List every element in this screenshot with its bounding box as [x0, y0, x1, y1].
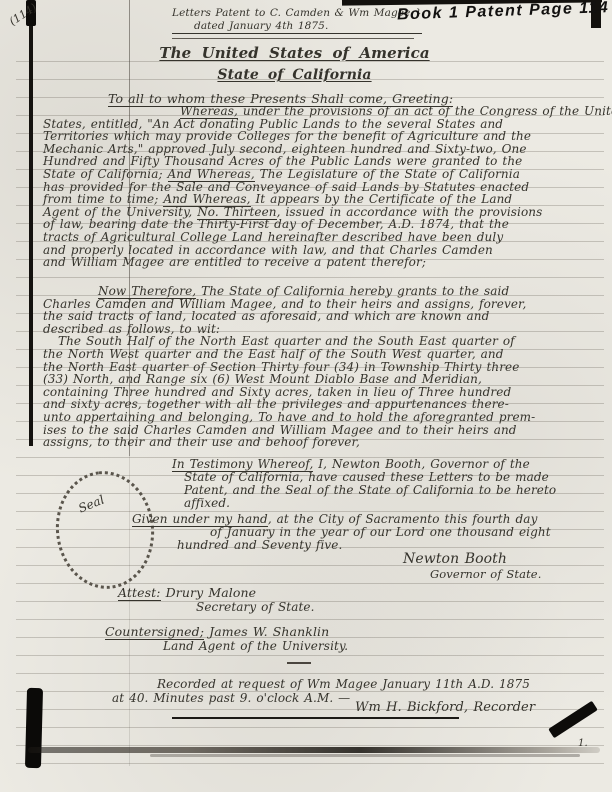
paragraph-whereas: Whereas, under the provisions of an act … [43, 105, 591, 269]
countersigned-line: Countersigned; James W. Shanklin [105, 624, 329, 639]
countersigned-label: Countersigned; [105, 624, 204, 640]
document-titles: The United States of America State of Ca… [42, 44, 547, 83]
attest-line: Attest: Drury Malone [118, 585, 256, 600]
handwritten-line: assigns, to their and their use and beho… [43, 436, 591, 449]
governor-signature: Newton Booth [403, 551, 507, 567]
section-divider [287, 662, 311, 664]
title-united-states: The United States of America [42, 44, 547, 62]
handwritten-line: Now Therefore, The State of California h… [43, 285, 591, 298]
handwritten-line: In Testimony Whereof, I, Newton Booth, G… [172, 458, 592, 471]
scan-smudge-bottom [28, 747, 600, 753]
recorder-signature: Wm H. Bickford, Recorder [355, 700, 535, 715]
attest-title: Secretary of State. [196, 600, 315, 614]
footer-number: 1. [578, 738, 588, 749]
testimony-clause: In Testimony Whereof, I, Newton Booth, G… [172, 458, 592, 510]
handwritten-line: unto appertaining and belonging, To have… [43, 411, 591, 424]
scan-edge-bar-left [29, 0, 33, 446]
governor-title: Governor of State. [430, 567, 541, 581]
handwritten-line: (33) North, and Range six (6) West Mount… [43, 373, 591, 386]
recorded-line2: at 40. Minutes past 9. o'clock A.M. — [112, 691, 350, 705]
handwritten-line: affixed. [172, 497, 592, 510]
handwritten-line: the said tracts of land, located as afor… [43, 310, 591, 323]
title-state-california: State of California [42, 67, 547, 83]
attest-name: Drury Malone [161, 585, 257, 600]
countersigned-name: James W. Shanklin [204, 624, 329, 639]
attest-label: Attest: [118, 585, 161, 601]
header-rule [172, 38, 414, 39]
handwritten-line: hundred and Seventy five. [132, 539, 592, 552]
recorded-underline [172, 717, 459, 719]
header-note-line2: dated January 4th 1875. [172, 20, 422, 34]
handwritten-line: the North West quarter and the East half… [43, 348, 591, 361]
handwritten-line: tracts of Agricultural College Land here… [43, 231, 591, 244]
scan-blob-bottom-left [25, 688, 43, 768]
handwritten-line: and William Magee are entitled to receiv… [43, 256, 591, 269]
paragraph-grant-description: Now Therefore, The State of California h… [43, 285, 591, 449]
recorded-line1: Recorded at request of Wm Magee January … [157, 677, 530, 691]
header-note-line1: Letters Patent to C. Camden & Wm Magee } [172, 7, 422, 20]
header-note: Letters Patent to C. Camden & Wm Magee }… [172, 7, 422, 34]
scan-smudge-bottom-2 [150, 754, 580, 757]
handwritten-line: Whereas, under the provisions of an act … [43, 105, 591, 118]
given-under-hand-clause: Given under my hand, at the City of Sacr… [132, 513, 592, 552]
handwritten-line: Territories which may provide Colleges f… [43, 130, 591, 143]
countersigned-title: Land Agent of the University. [163, 639, 348, 653]
handwritten-line: State of California; And Whereas, The Le… [43, 168, 591, 181]
handwritten-line: from time to time; And Whereas, It appea… [43, 193, 591, 206]
scan-mark-bottom-right [548, 701, 598, 739]
handwritten-line: Patent, and the Seal of the State of Cal… [172, 484, 592, 497]
scanned-document-page: (114) Letters Patent to C. Camden & Wm M… [0, 0, 612, 792]
handwritten-line: State of California, have caused these L… [172, 471, 592, 484]
